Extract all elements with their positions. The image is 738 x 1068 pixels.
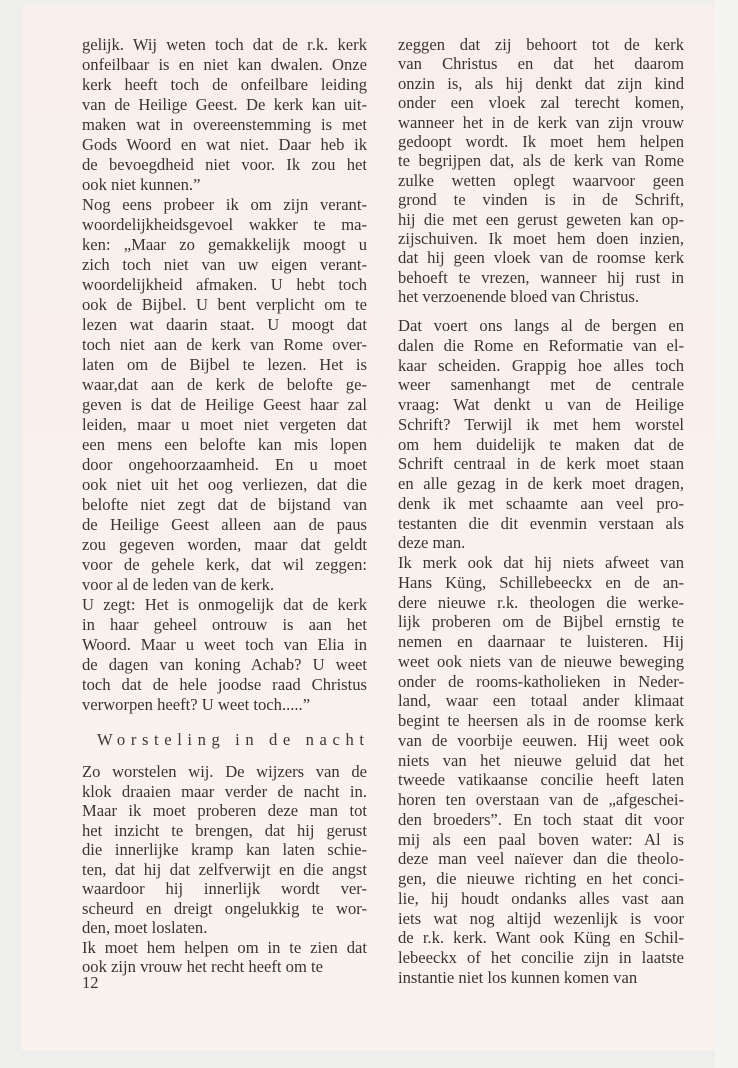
text-line: woordelijkheid afmaken. U hebt toch xyxy=(82,275,367,295)
left-column-text-section: Zo worstelen wij. De wijzers van deklok … xyxy=(82,762,367,977)
text-line: Woord. Maar u weet toch van Elia in xyxy=(82,635,367,655)
text-line: dalen die Rome en Reformatie van el- xyxy=(398,336,684,356)
text-line: ook niet kunnen.” xyxy=(82,175,367,195)
text-line: die innerlijke kramp kan laten schie- xyxy=(82,840,367,860)
text-line: Gods Woord en wat niet. Daar heb ik xyxy=(82,135,367,155)
text-line: ken: „Maar zo gemakkelijk moogt u xyxy=(82,235,367,255)
text-line: weet ook niets van de nieuwe beweging xyxy=(398,652,684,672)
text-line: onzin is, als hij denkt dat zijn kind xyxy=(398,74,684,93)
text-line: het inzicht te brengen, dat hij gerust xyxy=(82,821,367,841)
text-line: ook niet uit het oog verliezen, dat die xyxy=(82,475,367,495)
text-line: gedoopt wordt. Ik moet hem helpen xyxy=(398,132,684,151)
text-line: niets van het nieuwe geluid dat het xyxy=(398,751,684,771)
text-line: den, moet loslaten. xyxy=(82,918,367,938)
text-line: de r.k. kerk. Want ook Küng en Schil- xyxy=(398,928,684,948)
right-column-text-continued: Dat voert ons langs al de bergen endalen… xyxy=(398,316,684,988)
text-line: wanneer het in de kerk van zijn vrouw xyxy=(398,113,684,132)
text-line: Nog eens probeer ik om zijn verant- xyxy=(82,195,367,215)
text-line: zulke wetten oplegt waarvoor geen xyxy=(398,171,684,190)
text-line: leiden, maar u moet niet vergeten dat xyxy=(82,415,367,435)
text-line: Ik moet hem helpen om in te zien dat xyxy=(82,938,367,958)
text-line: onfeilbaar is en niet kan dwalen. Onze xyxy=(82,55,367,75)
text-line: zeggen dat zij behoort tot de kerk xyxy=(398,35,684,54)
text-line: deze man. xyxy=(398,533,684,553)
text-line: mij als een paal boven water: Al is xyxy=(398,830,684,850)
text-line: ook de Bijbel. U bent verplicht om te xyxy=(82,295,367,315)
text-line: woordelijkheidsgevoel wakker te ma- xyxy=(82,215,367,235)
text-line: om hem duidelijk te maken dat de xyxy=(398,435,684,455)
text-line: gen, die nieuwe richting en het conci- xyxy=(398,869,684,889)
page-number: 12 xyxy=(82,973,99,993)
text-line: Maar ik moet proberen deze man tot xyxy=(82,801,367,821)
text-line: Hans Küng, Schillebeeckx en de an- xyxy=(398,573,684,593)
text-line: grond te vinden is in de Schrift, xyxy=(398,190,684,209)
text-line: van de Heilige Geest. De kerk kan uit- xyxy=(82,95,367,115)
text-line: ook zijn vrouw het recht heeft om te xyxy=(82,957,367,977)
text-line: het verzoenende bloed van Christus. xyxy=(398,287,684,306)
text-line: zijschuiven. Ik moet hem doen inzien, xyxy=(398,229,684,248)
text-line: Ik merk ook dat hij niets afweet van xyxy=(398,553,684,573)
text-line: lijk proberen om de Bijbel ernstig te xyxy=(398,612,684,632)
right-column-text: zeggen dat zij behoort tot de kerkvan Ch… xyxy=(398,35,684,306)
text-line: Zo worstelen wij. De wijzers van de xyxy=(82,762,367,782)
text-line: zou gegeven worden, maar dat geldt xyxy=(82,535,367,555)
text-line: belofte niet zegt dat de bijstand van xyxy=(82,495,367,515)
text-line: denk ik met schaamte aan veel pro- xyxy=(398,494,684,514)
text-line: land, waar een totaal ander klimaat xyxy=(398,691,684,711)
text-line: den broeders”. En toch staat dit voor xyxy=(398,810,684,830)
text-line: in haar geheel ontrouw is aan het xyxy=(82,615,367,635)
text-line: ten, dat hij dat zelfverwijt en die angs… xyxy=(82,860,367,880)
text-line: hij die met een gerust geweten kan op- xyxy=(398,210,684,229)
text-line: kaar scheiden. Grappig hoe alles toch xyxy=(398,356,684,376)
text-line: lezen wat daarin staat. U moogt dat xyxy=(82,315,367,335)
text-line: geven is dat de Heilige Geest haar zal xyxy=(82,395,367,415)
text-line: instantie niet los kunnen komen van xyxy=(398,968,684,988)
text-line: nemen en daarnaar te luisteren. Hij xyxy=(398,632,684,652)
text-line: de Heilige Geest alleen aan de paus xyxy=(82,515,367,535)
text-line: maken wat in overeenstemming is met xyxy=(82,115,367,135)
text-line: onder de rooms-katholieken in Neder- xyxy=(398,672,684,692)
text-line: scheurd en dreigt ongelukkig te wor- xyxy=(82,899,367,919)
text-line: en alle gezag in de kerk moet dragen, xyxy=(398,474,684,494)
text-line: zich toch niet van uw eigen verant- xyxy=(82,255,367,275)
text-line: waardoor hij innerlijk wordt ver- xyxy=(82,879,367,899)
text-line: een mens een belofte kan mis lopen xyxy=(82,435,367,455)
left-column-text: gelijk. Wij weten toch dat de r.k. kerko… xyxy=(82,35,367,715)
text-line: voor de gehele kerk, dat wil zeggen: xyxy=(82,555,367,575)
text-line: weer samenhangt met de centrale xyxy=(398,375,684,395)
text-line: Schrift centraal in de kerk moet staan xyxy=(398,454,684,474)
text-line: tweede vatikaanse concilie heeft laten xyxy=(398,770,684,790)
text-line: waar,dat aan de kerk de belofte ge- xyxy=(82,375,367,395)
text-line: laten om de Bijbel te lezen. Het is xyxy=(82,355,367,375)
text-line: dat hij geen vloek van de roomse kerk xyxy=(398,248,684,267)
text-line: te begrijpen dat, als de kerk van Rome xyxy=(398,151,684,170)
text-line: van de voorbije eeuwen. Hij weet ook xyxy=(398,731,684,751)
text-line: kerk heeft toch de onfeilbare leiding xyxy=(82,75,367,95)
text-line: klok draaien maar verder de nacht in. xyxy=(82,782,367,802)
section-heading: Worsteling in de nacht xyxy=(97,730,369,750)
text-line: verworpen heeft? U weet toch.....” xyxy=(82,695,367,715)
text-line: voor al de leden van de kerk. xyxy=(82,575,367,595)
text-line: testanten die dit evenmin verstaan als xyxy=(398,514,684,534)
text-line: iets wat nog altijd wezenlijk is voor xyxy=(398,909,684,929)
text-line: lie, hij houdt ondanks alles vast aan xyxy=(398,889,684,909)
text-line: Schrift? Terwijl ik met hem worstel xyxy=(398,415,684,435)
text-line: begint te heersen als in de roomse kerk xyxy=(398,711,684,731)
text-line: deze man veel naïever dan die theolo- xyxy=(398,849,684,869)
text-line: horen ten overstaan van de „afgeschei- xyxy=(398,790,684,810)
text-line: vraag: Wat denkt u van de Heilige xyxy=(398,395,684,415)
text-line: gelijk. Wij weten toch dat de r.k. kerk xyxy=(82,35,367,55)
text-line: lebeeckx of het concilie zijn in laatste xyxy=(398,948,684,968)
text-line: de dagen van koning Achab? U weet xyxy=(82,655,367,675)
text-line: Dat voert ons langs al de bergen en xyxy=(398,316,684,336)
text-line: van Christus en dat het daarom xyxy=(398,54,684,73)
text-line: de bevoegdheid niet voor. Ik zou het xyxy=(82,155,367,175)
text-line: dere nieuwe r.k. theologen die werke- xyxy=(398,593,684,613)
text-line: door ongehoorzaamheid. En u moet xyxy=(82,455,367,475)
text-line: toch niet aan de kerk van Rome over- xyxy=(82,335,367,355)
text-line: onder een vloek zal terecht komen, xyxy=(398,93,684,112)
text-line: U zegt: Het is onmogelijk dat de kerk xyxy=(82,595,367,615)
text-line: toch dat de hele joodse raad Christus xyxy=(82,675,367,695)
scan-margin xyxy=(715,0,738,1068)
text-line: behoeft te vrezen, wanneer hij rust in xyxy=(398,268,684,287)
